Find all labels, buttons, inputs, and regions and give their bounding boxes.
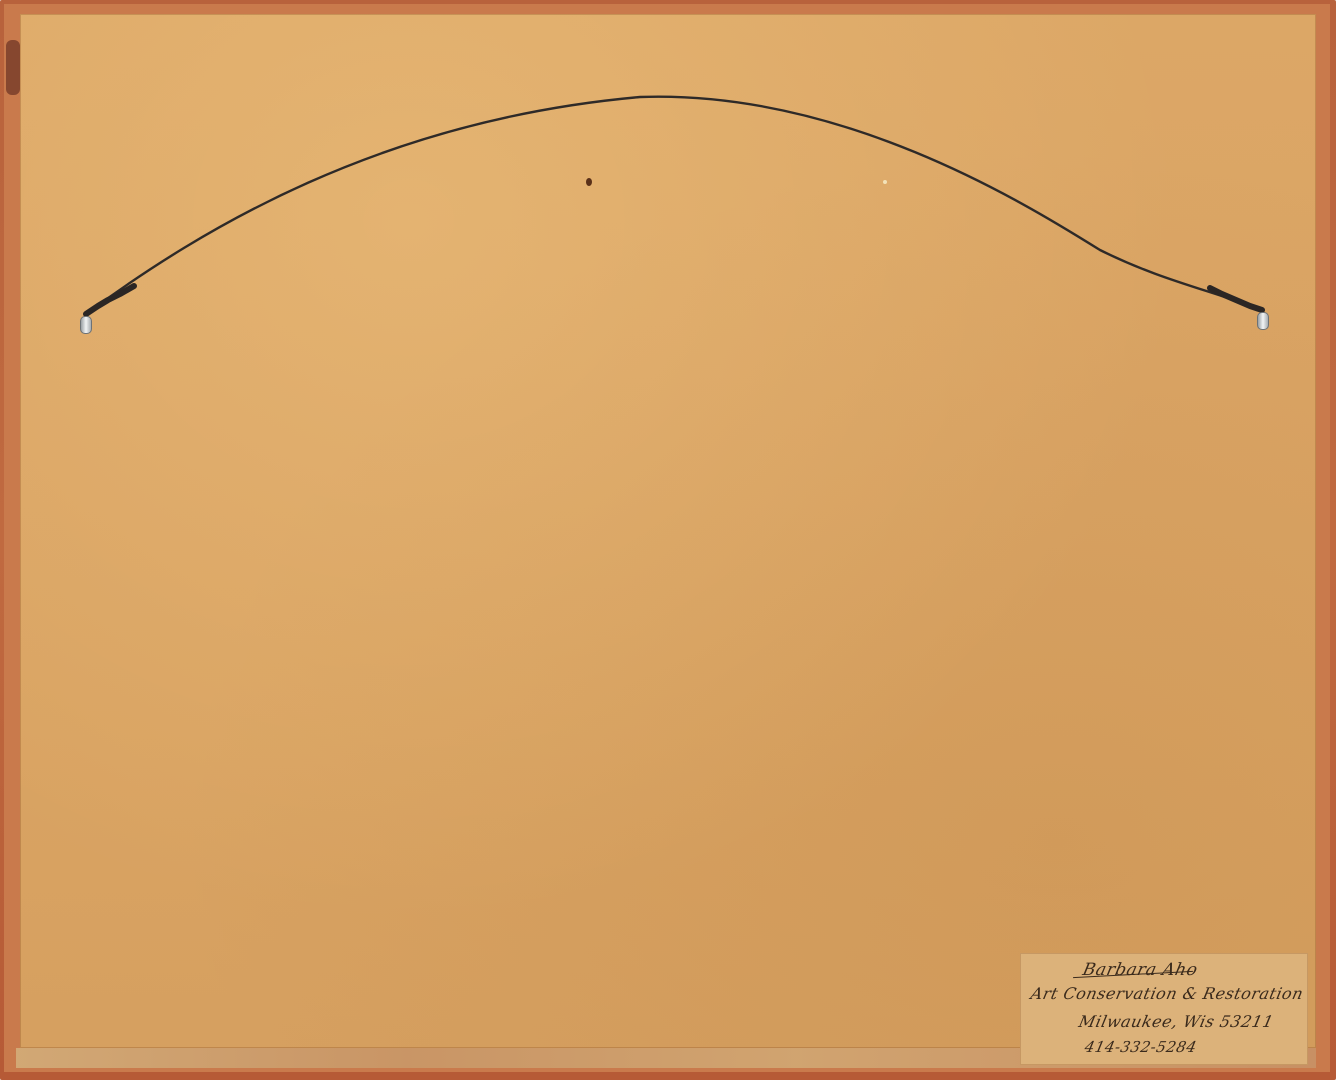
frame-stain (6, 40, 20, 95)
label-phone: 414-332-5284 (1083, 1038, 1198, 1056)
paper-blemish-light (883, 180, 887, 184)
conservator-label: Barbara Aho Art Conservation & Restorati… (1020, 953, 1308, 1065)
kraft-paper-backing (20, 14, 1316, 1048)
screw-eye-icon (80, 316, 92, 334)
label-business: Art Conservation & Restoration (1029, 984, 1305, 1003)
paper-blemish-dark (586, 178, 592, 186)
picture-frame: Barbara Aho Art Conservation & Restorati… (0, 0, 1336, 1080)
label-name: Barbara Aho (1081, 960, 1200, 980)
label-address: Milwaukee, Wis 53211 (1077, 1012, 1275, 1031)
screw-eye-icon (1257, 312, 1269, 330)
